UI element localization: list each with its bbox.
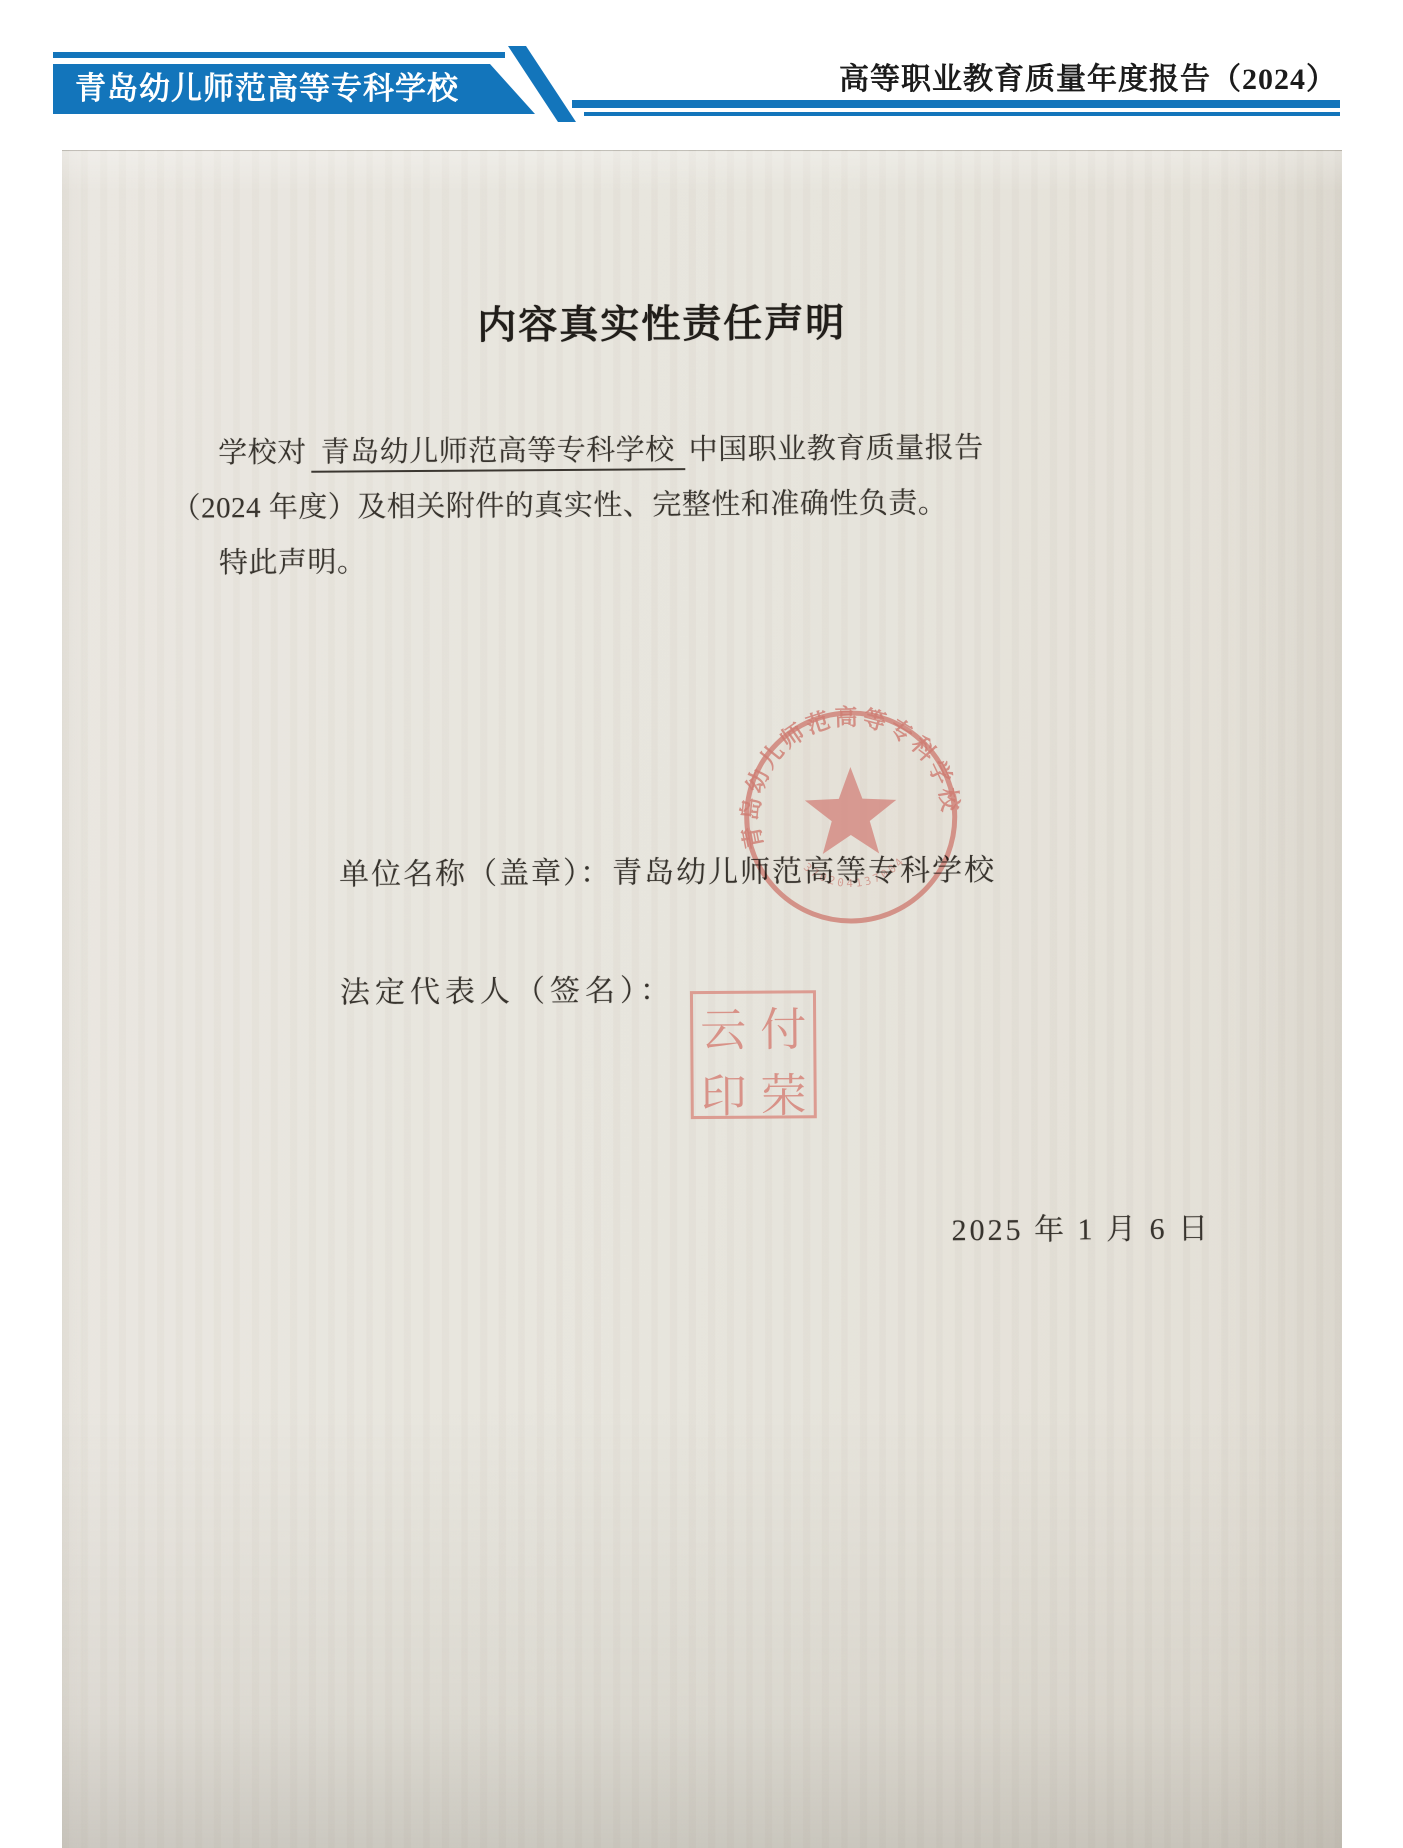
page: { "header": { "school_name": "青岛幼儿师范高等专科… [0,0,1403,1848]
school-banner-label: 青岛幼儿师范高等专科学校 [75,64,459,114]
school-name-underlined: 青岛幼儿师范高等专科学校 [311,434,685,473]
report-title: 高等职业教育质量年度报告（2024） [839,54,1337,98]
statement-line-1: 学校对青岛幼儿师范高等专科学校中国职业教育质量报告 [171,420,1131,482]
name-seal: 云 付 印 荣 [690,990,817,1119]
name-seal-char-br: 荣 [753,1059,813,1125]
header-rule-thick [572,100,1340,108]
header-rule-thin [584,112,1340,116]
date-line: 2025 年 1 月 6 日 [951,1209,1211,1251]
scanned-paper-content: 内容真实性责任声明 学校对青岛幼儿师范高等专科学校中国职业教育质量报告 （202… [56,147,1348,1848]
line1-lead: 学校对 [218,437,307,470]
name-seal-char-tl: 云 [693,994,753,1060]
school-banner: 青岛幼儿师范高等专科学校 [53,64,593,114]
statement-paragraph: 学校对青岛幼儿师范高等专科学校中国职业教育质量报告 （2024 年度）及相关附件… [171,420,1132,592]
statement-title: 内容真实性责任声明 [477,292,846,351]
statement-line-3: 特此声明。 [172,530,1132,592]
org-name-label: 单位名称（盖章）： [339,857,612,892]
statement-line-2: （2024 年度）及相关附件的真实性、完整性和准确性负责。 [171,475,1131,537]
line1-tail: 中国职业教育质量报告 [689,432,984,466]
name-seal-char-bl: 印 [693,1060,753,1126]
page-header: 青岛幼儿师范高等专科学校 高等职业教育质量年度报告（2024） [0,0,1403,150]
banner-accent-line [53,52,505,58]
official-round-seal: 青岛幼儿师范高等专科学校 370204137004 [735,701,967,933]
legal-representative-line: 法定代表人（签名）： [340,971,675,1013]
name-seal-char-tr: 付 [753,993,813,1059]
legal-representative-label: 法定代表人（签名）： [340,974,675,1009]
scanned-paper: 内容真实性责任声明 学校对青岛幼儿师范高等专科学校中国职业教育质量报告 （202… [62,150,1342,1848]
